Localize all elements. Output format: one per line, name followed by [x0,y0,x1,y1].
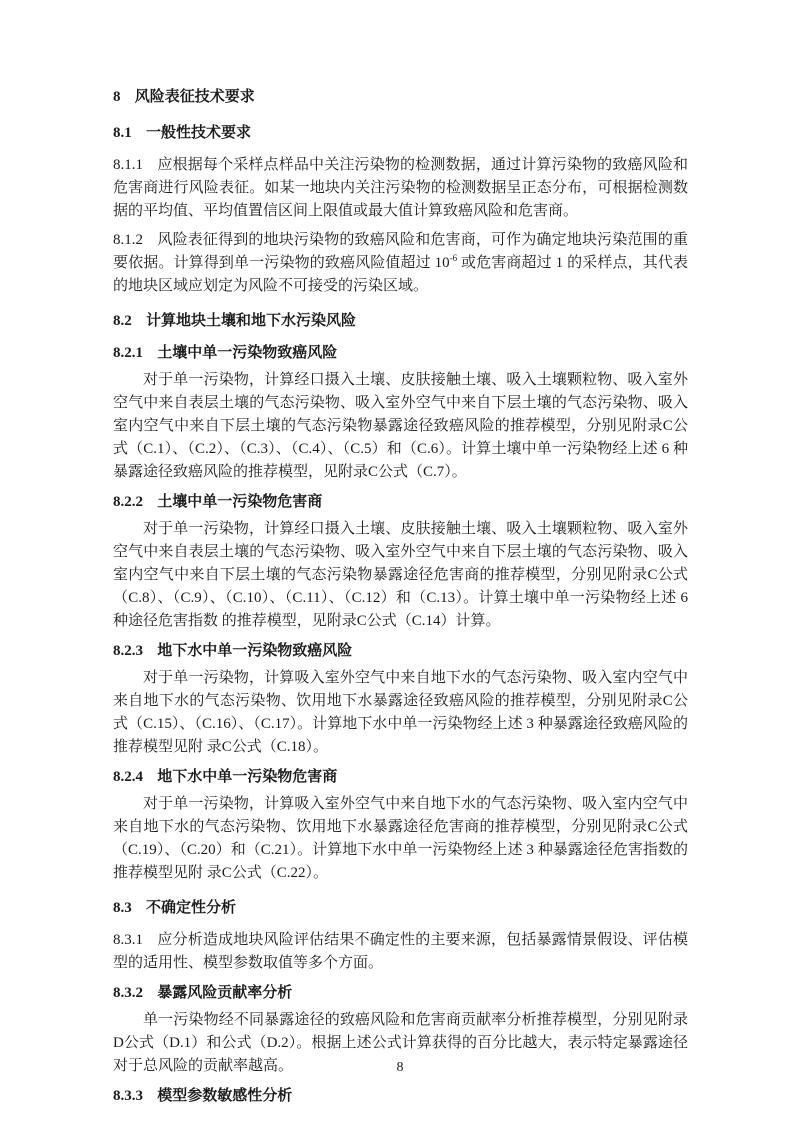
section-heading: 8.3不确定性分析 [113,897,688,920]
section-heading: 8.2.1土壤中单一污染物致癌风险 [113,342,688,365]
superscript: -6 [450,253,458,263]
clause-number: 8.2.4 [113,769,143,785]
clause-text: 对于单一污染物，计算经口摄入土壤、皮肤接触土壤、吸入土壤颗粒物、吸入室外空气中来… [113,372,688,480]
clause-paragraph: 对于单一污染物，计算吸入室外空气中来自地下水的气态污染物、吸入室内空气中来自地下… [113,793,688,885]
section-heading: 8.2.3地下水中单一污染物致癌风险 [113,640,688,663]
clause-number: 8.2 [113,313,132,329]
clause-paragraph: 对于单一污染物，计算吸入室外空气中来自地下水的气态污染物、吸入室内空气中来自地下… [113,667,688,759]
clause-paragraph: 对于单一污染物，计算经口摄入土壤、皮肤接触土壤、吸入土壤颗粒物、吸入室外空气中来… [113,518,688,633]
clause-number: 8.2.1 [113,345,143,361]
section-heading: 8.2.2土壤中单一污染物危害商 [113,491,688,514]
clause-text: 地下水中单一污染物致癌风险 [157,643,352,659]
clause-paragraph: 对于单一污染物，计算经口摄入土壤、皮肤接触土壤、吸入土壤颗粒物、吸入室外空气中来… [113,369,688,484]
clause-number: 8.2.2 [113,494,143,510]
clause-number: 8.3.1 [113,932,143,948]
clause-text: 风险表征技术要求 [135,89,255,105]
clause-text: 土壤中单一污染物危害商 [157,494,322,510]
section-heading: 8.2.4地下水中单一污染物危害商 [113,766,688,789]
clause-text: 应分析造成地块风险评估结果不确定性的主要来源，包括暴露情景假设、评估模型的适用性… [113,932,688,971]
clause-number: 8.1 [113,125,132,141]
section-heading: 8.2计算地块土壤和地下水污染风险 [113,310,688,333]
clause-text: 土壤中单一污染物致癌风险 [157,345,337,361]
clause-text: 计算地块土壤和地下水污染风险 [146,313,356,329]
document-page: 8风险表征技术要求8.1一般性技术要求8.1.1应根据每个采样点样品中关注污染物… [0,0,800,1131]
clause-text: 风险表征得到的地块污染物的致癌风险和危害商，可作为确定地块污染范围的重要依据。计… [113,232,688,294]
clause-paragraph: 8.1.2风险表征得到的地块污染物的致癌风险和危害商，可作为确定地块污染范围的重… [113,229,688,298]
clause-text: 一般性技术要求 [146,125,251,141]
clause-number: 8.3.2 [113,985,143,1001]
clause-text: 暴露风险贡献率分析 [157,985,292,1001]
page-number: 8 [0,1060,800,1076]
clause-paragraph: 8.1.1应根据每个采样点样品中关注污染物的检测数据，通过计算污染物的致癌风险和… [113,154,688,223]
section-heading: 8风险表征技术要求 [113,86,688,109]
clause-text: 地下水中单一污染物危害商 [157,769,337,785]
clause-number: 8.3.3 [113,1088,143,1104]
clause-number: 8.1.2 [113,232,143,248]
section-heading: 8.1一般性技术要求 [113,122,688,145]
clause-text: 不确定性分析 [146,900,236,916]
section-heading: 8.3.3模型参数敏感性分析 [113,1085,688,1108]
clause-number: 8.3 [113,900,132,916]
clause-text: 对于单一污染物，计算吸入室外空气中来自地下水的气态污染物、吸入室内空气中来自地下… [113,670,688,755]
clause-text: 应根据每个采样点样品中关注污染物的检测数据，通过计算污染物的致癌风险和危害商进行… [113,157,688,219]
section-heading: 8.3.2暴露风险贡献率分析 [113,982,688,1005]
clause-text: 对于单一污染物，计算经口摄入土壤、皮肤接触土壤、吸入土壤颗粒物、吸入室外空气中来… [113,521,688,629]
clause-number: 8.1.1 [113,157,143,173]
clause-paragraph: 8.3.1应分析造成地块风险评估结果不确定性的主要来源，包括暴露情景假设、评估模… [113,929,688,975]
clause-text: 对于单一污染物，计算吸入室外空气中来自地下水的气态污染物、吸入室内空气中来自地下… [113,796,688,881]
document-body: 8风险表征技术要求8.1一般性技术要求8.1.1应根据每个采样点样品中关注污染物… [113,86,688,1112]
clause-number: 8.2.3 [113,643,143,659]
clause-number: 8 [113,89,121,105]
clause-text: 模型参数敏感性分析 [157,1088,292,1104]
